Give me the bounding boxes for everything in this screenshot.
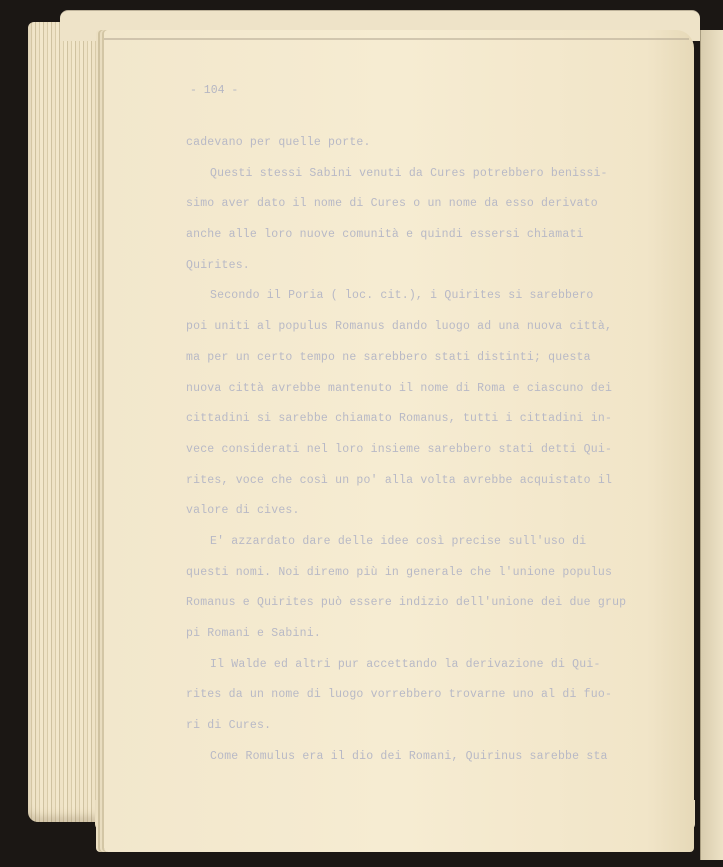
page-top-edge [104, 38, 689, 40]
text-line: poi uniti al populus Romanus dando luogo… [186, 312, 626, 343]
facing-page-edge [700, 30, 723, 860]
text-line: vece considerati nel loro insieme sarebb… [186, 435, 626, 466]
text-line: nuova città avrebbe mantenuto il nome di… [186, 374, 626, 405]
text-line: Come Romulus era il dio dei Romani, Quir… [186, 742, 626, 773]
text-line: anche alle loro nuove comunità e quindi … [186, 220, 626, 251]
page-number: - 104 - [190, 84, 238, 97]
text-line: Quirites. [186, 251, 626, 282]
text-line: rites da un nome di luogo vorrebbero tro… [186, 680, 626, 711]
text-line: Questi stessi Sabini venuti da Cures pot… [186, 159, 626, 190]
text-line: questi nomi. Noi diremo più in generale … [186, 558, 626, 589]
text-line: pi Romani e Sabini. [186, 619, 626, 650]
text-line: E' azzardato dare delle idee così precis… [186, 527, 626, 558]
text-line: ma per un certo tempo ne sarebbero stati… [186, 343, 626, 374]
text-line: valore di cives. [186, 496, 626, 527]
text-line: cittadini si sarebbe chiamato Romanus, t… [186, 404, 626, 435]
text-line: cadevano per quelle porte. [186, 128, 626, 159]
text-line: ri di Cures. [186, 711, 626, 742]
text-line: rites, voce che così un po' alla volta a… [186, 466, 626, 497]
text-line: Romanus e Quirites può essere indizio de… [186, 588, 626, 619]
text-line: Secondo il Poria ( loc. cit.), i Quirite… [186, 281, 626, 312]
text-line: Il Walde ed altri pur accettando la deri… [186, 650, 626, 681]
text-line: simo aver dato il nome di Cures o un nom… [186, 189, 626, 220]
typewritten-text: cadevano per quelle porte. Questi stessi… [186, 128, 626, 772]
